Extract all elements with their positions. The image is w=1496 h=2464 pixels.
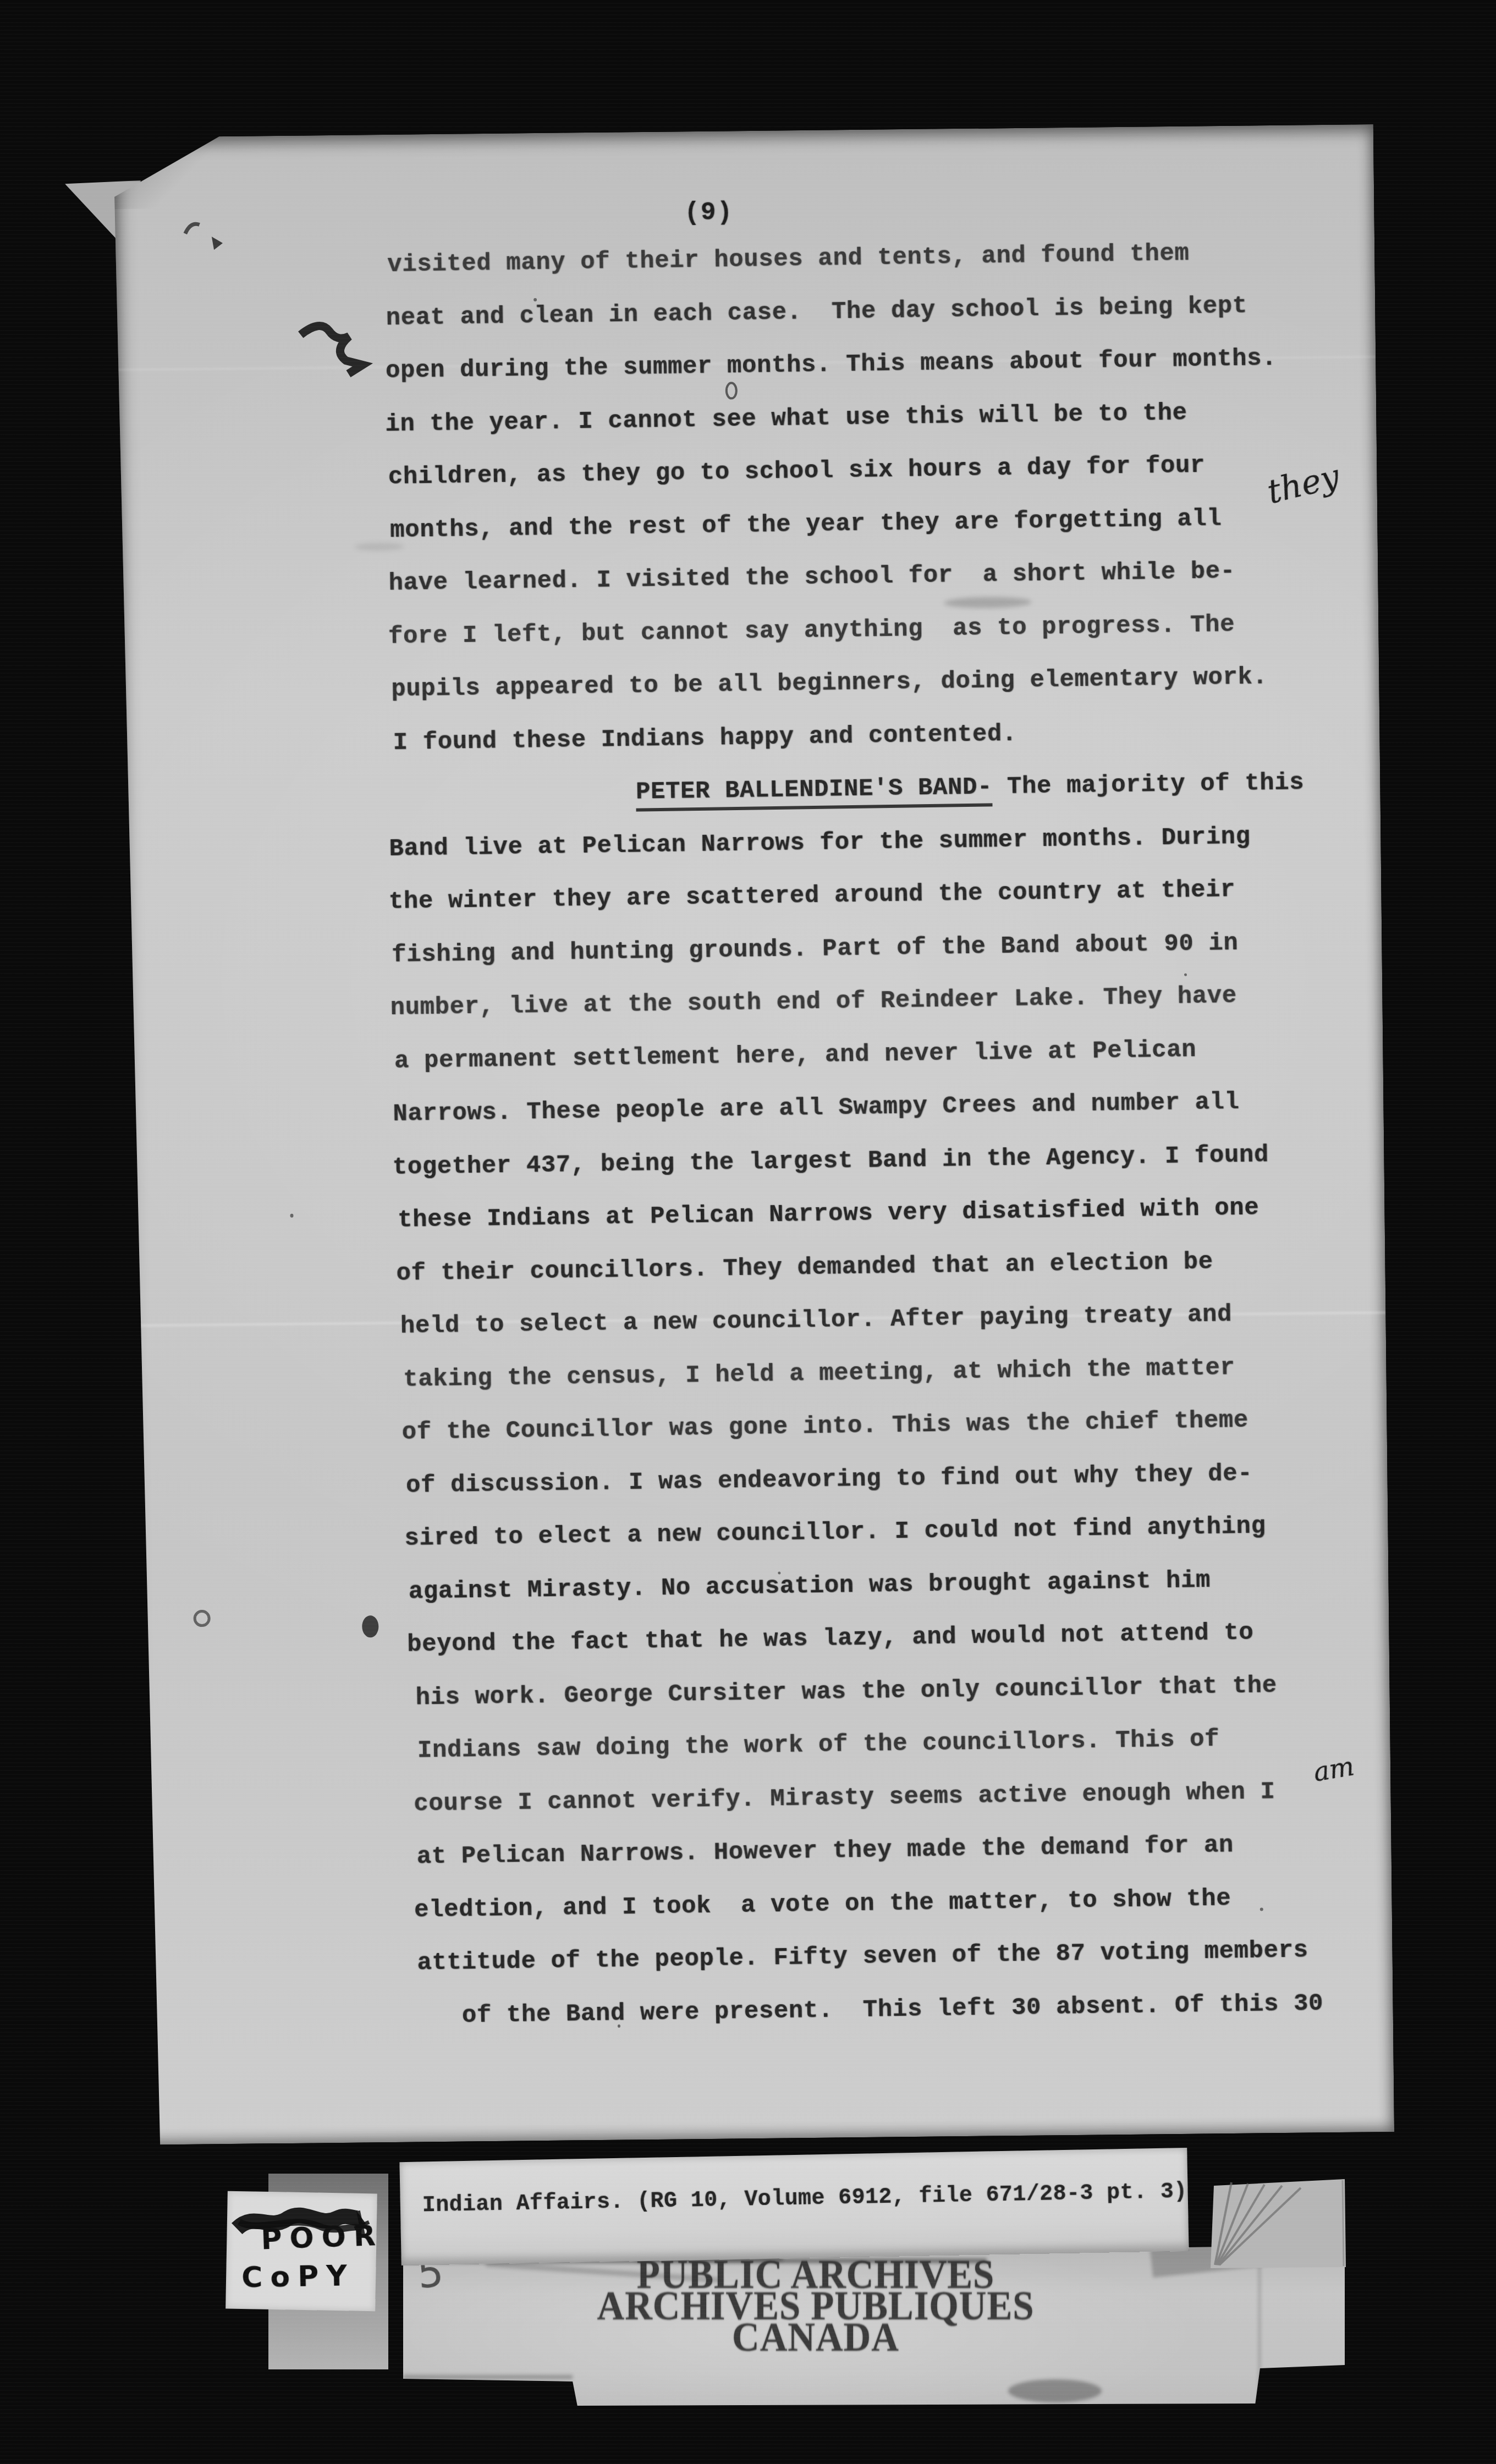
typed-line: Narrows. These people are all Swampy Cre… — [393, 1084, 1240, 1132]
typed-line: open during the summer months. This mean… — [386, 340, 1277, 389]
crease-line — [403, 2375, 573, 2379]
typed-line: together 437, being the largest Band in … — [392, 1137, 1269, 1186]
typed-line: of the Councillor was gone into. This wa… — [402, 1402, 1248, 1451]
typed-line: sired to elect a new councillor. I could… — [404, 1508, 1266, 1557]
typed-line: beyond the fact that he was lazy, and wo… — [407, 1615, 1254, 1663]
typed-line: fore I left, but cannot say anything as … — [388, 607, 1235, 655]
scanned-microfilm-frame: (9) visited many of their houses and ten… — [0, 0, 1496, 2464]
typed-line: eledtion, and I took a vote on the matte… — [414, 1880, 1231, 1928]
typed-line: PETER BALLENDINE'S BAND- The majority of… — [636, 765, 1305, 810]
vertical-crease — [1258, 2254, 1261, 2401]
typed-line: pupils appeared to be all beginners, doi… — [391, 659, 1268, 708]
torn-paper-piece — [1207, 2177, 1348, 2269]
typed-line: taking the census, I held a meeting, at … — [403, 1350, 1235, 1398]
typed-line: I found these Indians happy and contente… — [393, 716, 1017, 761]
typed-line: his work. George Cursiter was the only c… — [415, 1668, 1277, 1716]
typed-line: a permanent settlement here, and never l… — [394, 1032, 1197, 1080]
typed-line: held to select a new councillor. After p… — [400, 1296, 1232, 1345]
typed-line: have learned. I visited the school for a… — [388, 553, 1235, 602]
typed-line: fishing and hunting grounds. Part of the… — [392, 925, 1239, 973]
typed-line: Band live at Pelican Narrows for the sum… — [389, 818, 1251, 867]
archive-reference-text: Indian Affairs. (RG 10, Volume 6912, fil… — [422, 2180, 1187, 2218]
underlined-heading: PETER BALLENDINE'S BAND- — [636, 773, 993, 811]
typed-line: children, as they go to school six hours… — [388, 448, 1205, 496]
dark-smudge — [1008, 2379, 1102, 2402]
typed-line: number, live at the south end of Reindee… — [390, 978, 1237, 1026]
typed-line: course I cannot verify. Mirasty seems ac… — [414, 1774, 1275, 1822]
typed-line: of their councillors. They demanded that… — [396, 1244, 1213, 1291]
typed-line: visited many of their houses and tents, … — [387, 235, 1190, 283]
archive-reference-label: Indian Affairs. (RG 10, Volume 6912, fil… — [399, 2148, 1189, 2265]
typed-line: attitude of the people. Fifty seven of t… — [417, 1932, 1308, 1981]
typed-line: of the Band were present. This left 30 a… — [461, 1985, 1323, 2033]
typed-line: against Mirasty. No accusation was broug… — [408, 1562, 1211, 1610]
poor-copy-label: POOR CoPY — [226, 2191, 377, 2312]
poor-copy-word-poor: POOR — [260, 2219, 384, 2257]
public-archives-stamp: PUBLIC ARCHIVES ARCHIVES PUBLIQUES CANAD… — [432, 2259, 1200, 2353]
typed-line: Indians saw doing the work of the counci… — [417, 1722, 1220, 1769]
typed-line: of discussion. I was endeavoring to find… — [406, 1455, 1253, 1504]
poor-copy-word-copy: CoPY — [241, 2259, 355, 2295]
typed-line: the winter they are scattered around the… — [388, 872, 1235, 920]
typed-line: months, and the rest of the year they ar… — [390, 501, 1222, 549]
typed-line: in the year. I cannot see what use this … — [385, 395, 1187, 443]
stamp-line-canada: CANADA — [432, 2322, 1200, 2353]
typed-line: neat and clean in each case. The day sch… — [386, 288, 1247, 336]
stamp-paper: 5 PUBLIC ARCHIVES ARCHIVES PUBLIQUES CAN… — [403, 2245, 1345, 2406]
typed-line: at Pelican Narrows. However they made th… — [416, 1827, 1234, 1875]
document-page: (9) visited many of their houses and ten… — [114, 124, 1394, 2145]
typed-text-block: visited many of their houses and tents, … — [114, 119, 1402, 2144]
typed-line: these Indians at Pelican Narrows very di… — [398, 1190, 1259, 1238]
